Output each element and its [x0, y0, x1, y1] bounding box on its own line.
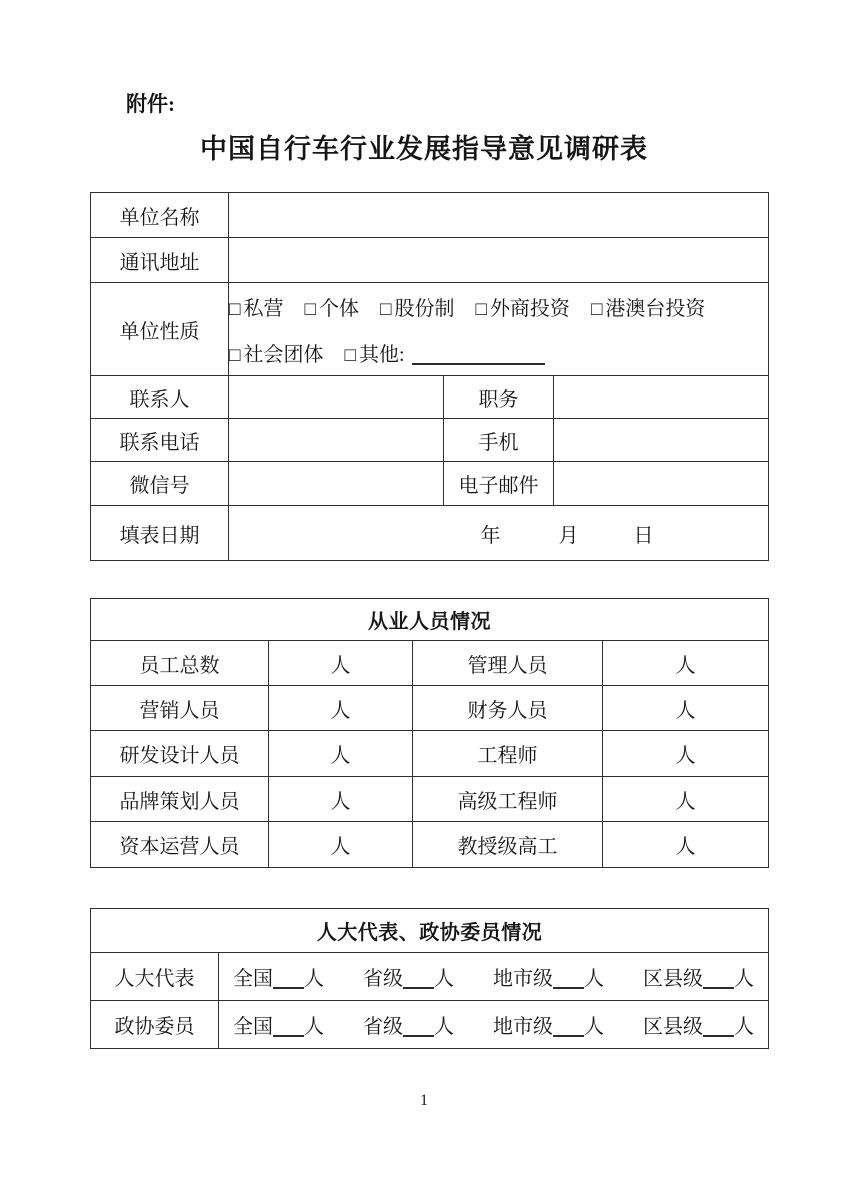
- staff-count-field[interactable]: 人: [269, 822, 413, 868]
- level-segment: 地市级人: [493, 1016, 604, 1038]
- checkbox-unchecked-icon[interactable]: □: [591, 299, 602, 320]
- staff-section-header: 从业人员情况: [91, 599, 769, 641]
- level-label: 区县级: [643, 968, 703, 990]
- person-unit: 人: [434, 1016, 454, 1038]
- staff-label: 管理人员: [413, 641, 603, 686]
- fill-date-field[interactable]: 年 月 日: [229, 506, 769, 561]
- table-row: 品牌策划人员 人 高级工程师 人: [91, 777, 769, 822]
- staff-count-field[interactable]: 人: [269, 686, 413, 731]
- npc-rep-label: 人大代表: [91, 953, 219, 1001]
- table-row: 联系电话 手机: [91, 419, 769, 462]
- email-label: 电子邮件: [444, 462, 554, 506]
- option-label: 私营: [243, 298, 283, 320]
- position-label: 职务: [444, 376, 554, 419]
- level-segment: 省级人: [363, 968, 454, 990]
- phone-field[interactable]: [229, 419, 444, 462]
- year-label: 年: [481, 525, 501, 547]
- unit-info-table: 单位名称 通讯地址 单位性质 □私营 □个体 □股份制 □外商投资 □港澳台投资…: [90, 192, 769, 561]
- staff-label: 工程师: [413, 731, 603, 777]
- option-private[interactable]: □私营: [229, 292, 283, 321]
- table-row: 填表日期 年 月 日: [91, 506, 769, 561]
- staff-count-field[interactable]: 人: [603, 731, 769, 777]
- email-field[interactable]: [554, 462, 769, 506]
- representatives-table: 人大代表、政协委员情况 人大代表 全国人 省级人 地市级人 区县级人 政协委员 …: [90, 908, 769, 1049]
- person-unit: 人: [304, 1016, 324, 1038]
- level-label: 区县级: [643, 1016, 703, 1038]
- unit-nature-label: 单位性质: [91, 283, 229, 376]
- table-row: 联系人 职务: [91, 376, 769, 419]
- table-row: 政协委员 全国人 省级人 地市级人 区县级人: [91, 1001, 769, 1049]
- attachment-label: 附件:: [126, 88, 175, 118]
- table-row: 资本运营人员 人 教授级高工 人: [91, 822, 769, 868]
- staff-count-field[interactable]: 人: [269, 777, 413, 822]
- option-hk-mo-tw-invest[interactable]: □港澳台投资: [591, 292, 705, 321]
- level-label: 地市级: [493, 968, 553, 990]
- count-fill-in-blank[interactable]: [703, 969, 734, 989]
- table-row: 通讯地址: [91, 238, 769, 283]
- level-label: 地市级: [493, 1016, 553, 1038]
- unit-nature-options-line2: □社会团体 □其他:: [229, 329, 768, 375]
- staff-count-field[interactable]: 人: [603, 686, 769, 731]
- count-fill-in-blank[interactable]: [403, 969, 434, 989]
- page-number: 1: [0, 1092, 848, 1110]
- staff-label: 资本运营人员: [91, 822, 269, 868]
- month-label: 月: [559, 525, 579, 547]
- wechat-label: 微信号: [91, 462, 229, 506]
- address-label: 通讯地址: [91, 238, 229, 283]
- staff-count-field[interactable]: 人: [603, 777, 769, 822]
- staff-label: 高级工程师: [413, 777, 603, 822]
- table-row: 营销人员 人 财务人员 人: [91, 686, 769, 731]
- option-foreign-invest[interactable]: □外商投资: [475, 292, 569, 321]
- level-segment: 全国人: [233, 968, 324, 990]
- other-fill-in-blank[interactable]: [412, 345, 545, 365]
- staff-label: 营销人员: [91, 686, 269, 731]
- wechat-field[interactable]: [229, 462, 444, 506]
- level-label: 全国: [233, 1016, 273, 1038]
- table-row: 微信号 电子邮件: [91, 462, 769, 506]
- count-fill-in-blank[interactable]: [273, 1017, 304, 1037]
- staff-label: 品牌策划人员: [91, 777, 269, 822]
- table-row: 人大代表 全国人 省级人 地市级人 区县级人: [91, 953, 769, 1001]
- page-title: 中国自行车行业发展指导意见调研表: [0, 127, 848, 166]
- person-unit: 人: [734, 968, 754, 990]
- document-page: 附件: 中国自行车行业发展指导意见调研表 单位名称 通讯地址 单位性质 □私营 …: [0, 0, 848, 1200]
- npc-rep-values: 全国人 省级人 地市级人 区县级人: [219, 953, 769, 1001]
- count-fill-in-blank[interactable]: [703, 1017, 734, 1037]
- unit-name-field[interactable]: [229, 193, 769, 238]
- staff-count-field[interactable]: 人: [269, 731, 413, 777]
- checkbox-unchecked-icon[interactable]: □: [229, 299, 240, 320]
- mobile-field[interactable]: [554, 419, 769, 462]
- count-fill-in-blank[interactable]: [273, 969, 304, 989]
- fill-date-label: 填表日期: [91, 506, 229, 561]
- option-individual[interactable]: □个体: [304, 292, 358, 321]
- count-fill-in-blank[interactable]: [403, 1017, 434, 1037]
- checkbox-unchecked-icon[interactable]: □: [344, 345, 355, 366]
- option-joint-stock[interactable]: □股份制: [380, 292, 454, 321]
- table-row: 单位性质 □私营 □个体 □股份制 □外商投资 □港澳台投资 □社会团体 □其他…: [91, 283, 769, 376]
- unit-nature-options: □私营 □个体 □股份制 □外商投资 □港澳台投资 □社会团体 □其他:: [229, 283, 769, 376]
- level-label: 全国: [233, 968, 273, 990]
- option-other[interactable]: □其他:: [344, 338, 544, 367]
- option-label: 其他:: [359, 344, 405, 366]
- option-label: 港澳台投资: [605, 298, 705, 320]
- staff-label: 研发设计人员: [91, 731, 269, 777]
- level-segment: 区县级人: [643, 968, 754, 990]
- count-fill-in-blank[interactable]: [553, 969, 584, 989]
- table-row: 员工总数 人 管理人员 人: [91, 641, 769, 686]
- staff-table: 从业人员情况 员工总数 人 管理人员 人 营销人员 人 财务人员 人 研发设计人…: [90, 598, 769, 868]
- checkbox-unchecked-icon[interactable]: □: [304, 299, 315, 320]
- unit-nature-options-line1: □私营 □个体 □股份制 □外商投资 □港澳台投资: [229, 283, 768, 329]
- option-social-org[interactable]: □社会团体: [229, 338, 323, 367]
- staff-count-field[interactable]: 人: [269, 641, 413, 686]
- staff-label: 教授级高工: [413, 822, 603, 868]
- option-label: 股份制: [394, 298, 454, 320]
- unit-name-label: 单位名称: [91, 193, 229, 238]
- contact-field[interactable]: [229, 376, 444, 419]
- phone-label: 联系电话: [91, 419, 229, 462]
- option-label: 外商投资: [490, 298, 570, 320]
- table-row: 研发设计人员 人 工程师 人: [91, 731, 769, 777]
- staff-count-field[interactable]: 人: [603, 822, 769, 868]
- checkbox-unchecked-icon[interactable]: □: [229, 345, 240, 366]
- person-unit: 人: [734, 1016, 754, 1038]
- option-label: 社会团体: [243, 344, 323, 366]
- rep-section-header: 人大代表、政协委员情况: [91, 909, 769, 953]
- count-fill-in-blank[interactable]: [553, 1017, 584, 1037]
- person-unit: 人: [434, 968, 454, 990]
- mobile-label: 手机: [444, 419, 554, 462]
- cppcc-member-label: 政协委员: [91, 1001, 219, 1049]
- table-row: 单位名称: [91, 193, 769, 238]
- table-header-row: 人大代表、政协委员情况: [91, 909, 769, 953]
- level-label: 省级: [363, 1016, 403, 1038]
- level-segment: 省级人: [363, 1016, 454, 1038]
- level-label: 省级: [363, 968, 403, 990]
- person-unit: 人: [304, 968, 324, 990]
- contact-label: 联系人: [91, 376, 229, 419]
- checkbox-unchecked-icon[interactable]: □: [475, 299, 486, 320]
- person-unit: 人: [584, 968, 604, 990]
- position-field[interactable]: [554, 376, 769, 419]
- option-label: 个体: [319, 298, 359, 320]
- level-segment: 地市级人: [493, 968, 604, 990]
- day-label: 日: [634, 525, 654, 547]
- checkbox-unchecked-icon[interactable]: □: [380, 299, 391, 320]
- person-unit: 人: [584, 1016, 604, 1038]
- table-header-row: 从业人员情况: [91, 599, 769, 641]
- staff-count-field[interactable]: 人: [603, 641, 769, 686]
- staff-label: 财务人员: [413, 686, 603, 731]
- staff-label: 员工总数: [91, 641, 269, 686]
- cppcc-member-values: 全国人 省级人 地市级人 区县级人: [219, 1001, 769, 1049]
- level-segment: 区县级人: [643, 1016, 754, 1038]
- address-field[interactable]: [229, 238, 769, 283]
- level-segment: 全国人: [233, 1016, 324, 1038]
